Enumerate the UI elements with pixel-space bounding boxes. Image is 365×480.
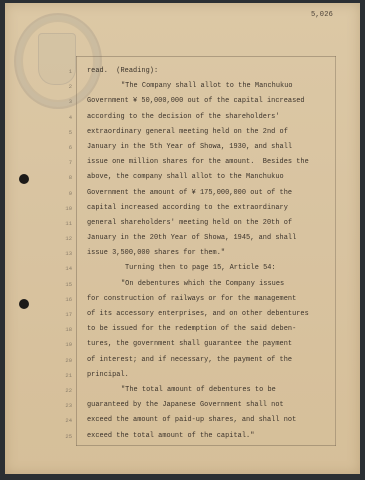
line-number: 16 <box>60 292 72 307</box>
text-line: Government the amount of ¥ 175,000,000 o… <box>87 186 337 201</box>
document-body: read. (Reading): "The Company shall allo… <box>87 64 337 444</box>
line-number: 12 <box>60 231 72 246</box>
text-line: above, the company shall allot to the Ma… <box>87 170 337 185</box>
text-line: guaranteed by the Japanese Government sh… <box>87 398 337 413</box>
hole-punch-icon <box>19 299 29 309</box>
line-number: 19 <box>60 337 72 352</box>
page-number: 5,026 <box>311 11 333 19</box>
line-number: 17 <box>60 307 72 322</box>
line-number: 3 <box>60 94 72 109</box>
line-number: 23 <box>60 398 72 413</box>
line-number: 8 <box>60 170 72 185</box>
line-number: 4 <box>60 110 72 125</box>
line-number: 5 <box>60 125 72 140</box>
line-number: 9 <box>60 186 72 201</box>
line-number: 1 <box>60 64 72 79</box>
line-number: 15 <box>60 277 72 292</box>
text-line: "On debentures which the Company issues <box>87 277 337 292</box>
line-number: 6 <box>60 140 72 155</box>
text-line: "The total amount of debentures to be <box>87 383 337 398</box>
line-number: 22 <box>60 383 72 398</box>
line-number: 20 <box>60 353 72 368</box>
text-line: exceed the amount of paid-up shares, and… <box>87 413 337 428</box>
text-line: of interest; and if necessary, the payme… <box>87 353 337 368</box>
text-line: "The Company shall allot to the Manchuku… <box>87 79 337 94</box>
text-line: capital increased according to the extra… <box>87 201 337 216</box>
text-line: Turning then to page 15, Article 54: <box>87 261 337 276</box>
line-number: 18 <box>60 322 72 337</box>
line-number: 10 <box>60 201 72 216</box>
line-number: 11 <box>60 216 72 231</box>
text-line: issue one million shares for the amount.… <box>87 155 337 170</box>
text-line: for construction of railways or for the … <box>87 292 337 307</box>
text-line: tures, the government shall guarantee th… <box>87 337 337 352</box>
frame-border-top <box>76 56 336 57</box>
line-number: 2 <box>60 79 72 94</box>
text-line: January in the 5th Year of Showa, 1930, … <box>87 140 337 155</box>
text-line: of its accessory enterprises, and on oth… <box>87 307 337 322</box>
text-line: principal. <box>87 368 337 383</box>
text-line: issue 3,500,000 shares for them." <box>87 246 337 261</box>
document-page: 5,026 1 2 3 4 5 6 7 8 9 10 11 12 13 14 1… <box>5 3 360 474</box>
line-number: 7 <box>60 155 72 170</box>
line-number: 14 <box>60 261 72 276</box>
text-line: read. (Reading): <box>87 64 337 79</box>
text-line: according to the decision of the shareho… <box>87 110 337 125</box>
line-number: 24 <box>60 413 72 428</box>
frame-border-bottom <box>76 445 336 446</box>
text-line: extraordinary general meeting held on th… <box>87 125 337 140</box>
text-line: January in the 20th Year of Showa, 1945,… <box>87 231 337 246</box>
line-number: 13 <box>60 246 72 261</box>
frame-border-left <box>76 56 77 446</box>
line-number: 21 <box>60 368 72 383</box>
text-line: exceed the total amount of the capital." <box>87 429 337 444</box>
text-line: general shareholders' meeting held on th… <box>87 216 337 231</box>
line-number: 25 <box>60 429 72 444</box>
hole-punch-icon <box>19 174 29 184</box>
text-line: Government ¥ 50,000,000 out of the capit… <box>87 94 337 109</box>
line-numbers-column: 1 2 3 4 5 6 7 8 9 10 11 12 13 14 15 16 1… <box>60 64 72 444</box>
text-line: to be issued for the redemption of the s… <box>87 322 337 337</box>
